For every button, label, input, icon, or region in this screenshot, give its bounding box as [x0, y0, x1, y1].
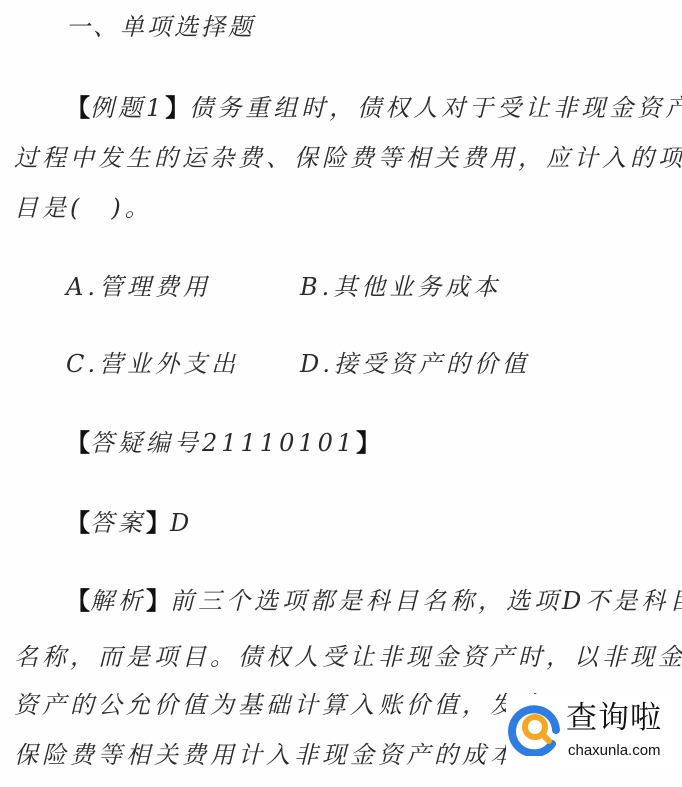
answer-label: 答案	[90, 509, 146, 537]
option-d: D.接受资产的价值	[300, 349, 530, 379]
explanation-text-1: 前三个选项都是科目名称，选项D不是科目	[170, 587, 682, 615]
document-page: 一、单项选择题 【例题1】债务重组时，债权人对于受让非现金资产 过程中发生的运杂…	[0, 0, 682, 787]
option-a: A.管理费用	[66, 272, 211, 302]
question-line-2: 过程中发生的运杂费、保险费等相关费用，应计入的项	[14, 143, 682, 173]
question-text-1: 债务重组时，债权人对于受让非现金资产	[189, 94, 682, 122]
explanation-line-2: 名称，而是项目。债权人受让非现金资产时，以非现金	[14, 642, 682, 672]
answer-code-label: 答疑编号21110101	[90, 429, 356, 457]
explanation-line-1: 【解析】前三个选项都是科目名称，选项D不是科目	[66, 586, 682, 616]
question-line-1: 【例题1】债务重组时，债权人对于受让非现金资产	[66, 93, 682, 123]
explanation-label: 解析	[90, 587, 146, 615]
explanation-line-3: 资产的公允价值为基础计算入账价值，发生	[14, 690, 546, 720]
bracket-close: 】	[165, 93, 189, 122]
section-title: 一、单项选择题	[66, 12, 255, 42]
explanation-line-4: 保险费等相关费用计入非现金资产的成本。	[14, 740, 546, 770]
bracket-open: 【	[66, 586, 90, 615]
bracket-open: 【	[66, 508, 90, 537]
bracket-open: 【	[66, 93, 90, 122]
option-b: B.其他业务成本	[300, 272, 501, 302]
watermark-domain: chaxunla.com	[568, 742, 661, 760]
watermark-name: 查询啦	[566, 700, 662, 736]
question-label: 例题1	[90, 94, 165, 122]
option-c: C.营业外支出	[66, 349, 239, 379]
bracket-close: 】	[146, 586, 170, 615]
answer-code-line: 【答疑编号21110101】	[66, 428, 380, 458]
magnifier-logo-icon	[508, 700, 564, 756]
bracket-close: 】	[146, 508, 170, 537]
answer-line: 【答案】D	[66, 508, 193, 538]
answer-value: D	[170, 509, 193, 537]
watermark: 查询啦 chaxunla.com	[506, 694, 678, 766]
bracket-open: 【	[66, 428, 90, 457]
question-line-3: 目是( )。	[14, 193, 153, 223]
bracket-close: 】	[356, 428, 380, 457]
